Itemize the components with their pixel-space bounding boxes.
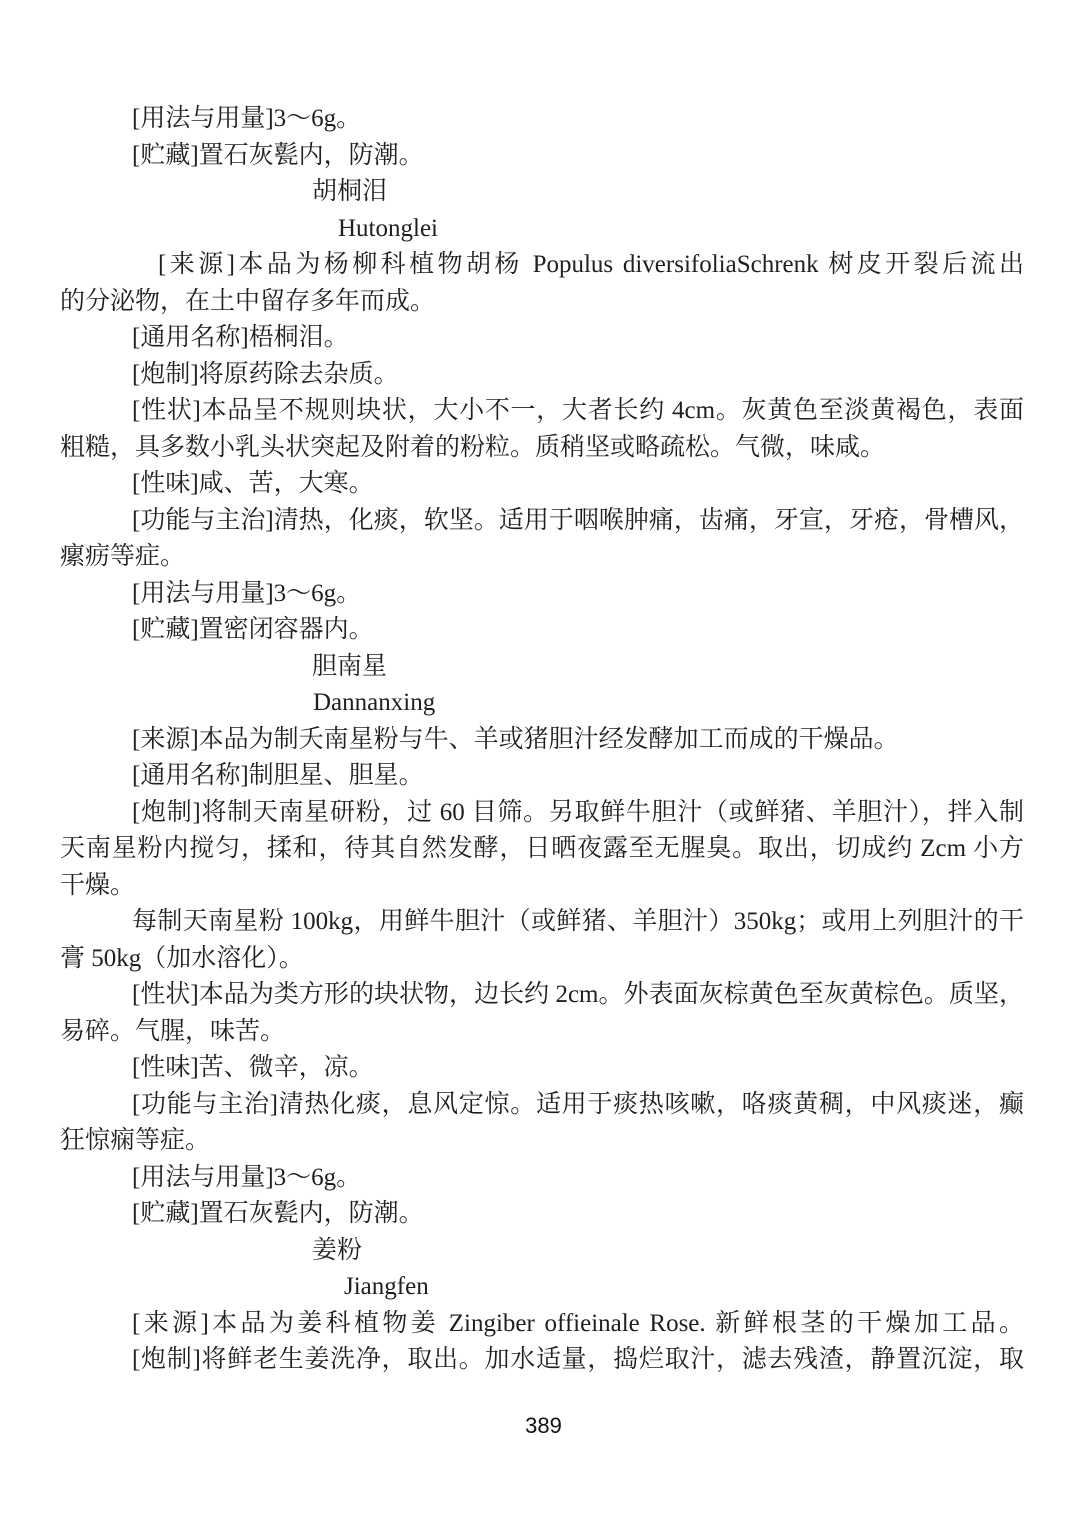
text-line: 易碎。气腥，味苦。 (60, 1014, 1024, 1051)
page-text: [用法与用量]3～6g。 [贮藏]置石灰甏内，防潮。 胡桐泪 Hutonglei… (60, 101, 1024, 1379)
section-title-dannanxing: 胆南星 (60, 649, 1024, 686)
text-line: 粗糙，具多数小乳头状突起及附着的粉粒。质稍坚或略疏松。气微，味咸。 (60, 430, 1024, 467)
text-line: [来源]本品为姜科植物姜 Zingiber offieinale Rose. 新… (60, 1306, 1024, 1343)
text-line: [用法与用量]3～6g。 (60, 1160, 1024, 1197)
text-line: [功能与主治]清热，化痰，软坚。适用于咽喉肿痛，齿痛，牙宣，牙疮，骨槽风， (60, 503, 1024, 540)
text-line: 瘰疬等症。 (60, 539, 1024, 576)
text-line: [用法与用量]3～6g。 (60, 101, 1024, 138)
text-line: [来源]本品为制夭南星粉与牛、羊或猪胆汁经发酵加工而成的干燥品。 (60, 722, 1024, 759)
page-number: 389 (0, 1412, 1087, 1440)
text-line: [来源]本品为杨柳科植物胡杨 Populus diversifoliaSchre… (60, 247, 1024, 284)
text-line: [性味]苦、微辛，凉。 (60, 1050, 1024, 1087)
section-title-jiangfen: 姜粉 (60, 1233, 1024, 1270)
document-page: [用法与用量]3～6g。 [贮藏]置石灰甏内，防潮。 胡桐泪 Hutonglei… (0, 0, 1087, 1536)
text-line: [炮制]将鲜老生姜洗净，取出。加水适量，捣烂取汁，滤去残渣，静置沉淀，取 (60, 1342, 1024, 1379)
text-line: 的分泌物，在土中留存多年而成。 (60, 284, 1024, 321)
text-line: [性味]咸、苦，大寒。 (60, 466, 1024, 503)
section-pinyin-jiangfen: Jiangfen (60, 1269, 1024, 1306)
text-line: 膏 50kg（加水溶化）。 (60, 941, 1024, 978)
text-line: [炮制]将原药除去杂质。 (60, 357, 1024, 394)
section-pinyin-hutonglei: Hutonglei (60, 211, 1024, 248)
text-line: [性状]本品呈不规则块状，大小不一，大者长约 4cm。灰黄色至淡黄褐色，表面 (60, 393, 1024, 430)
text-line: [贮藏]置密闭容器内。 (60, 612, 1024, 649)
section-pinyin-dannanxing: Dannanxing (60, 685, 1024, 722)
section-title-hutonglei: 胡桐泪 (60, 174, 1024, 211)
text-line: 干燥。 (60, 868, 1024, 905)
text-line: [通用名称]制胆星、胆星。 (60, 758, 1024, 795)
text-line: 狂惊痫等症。 (60, 1123, 1024, 1160)
text-line: 天南星粉内搅匀，揉和，待其自然发酵，日晒夜露至无腥臭。取出，切成约 Zcm 小方… (60, 831, 1024, 868)
text-line: [功能与主治]清热化痰，息风定惊。适用于痰热咳嗽，咯痰黄稠，中风痰迷，癫 (60, 1087, 1024, 1124)
text-line: [贮藏]置石灰甏内，防潮。 (60, 138, 1024, 175)
text-line: [性状]本品为类方形的块状物，边长约 2cm。外表面灰棕黄色至灰黄棕色。质坚， (60, 977, 1024, 1014)
text-line: 每制天南星粉 100kg，用鲜牛胆汁（或鲜猪、羊胆汁）350kg；或用上列胆汁的… (60, 904, 1024, 941)
text-line: [贮藏]置石灰甏内，防潮。 (60, 1196, 1024, 1233)
text-line: [用法与用量]3～6g。 (60, 576, 1024, 613)
text-line: [通用名称]梧桐泪。 (60, 320, 1024, 357)
text-line: [炮制]将制天南星研粉，过 60 目筛。另取鲜牛胆汁（或鲜猪、羊胆汁），拌入制 (60, 795, 1024, 832)
